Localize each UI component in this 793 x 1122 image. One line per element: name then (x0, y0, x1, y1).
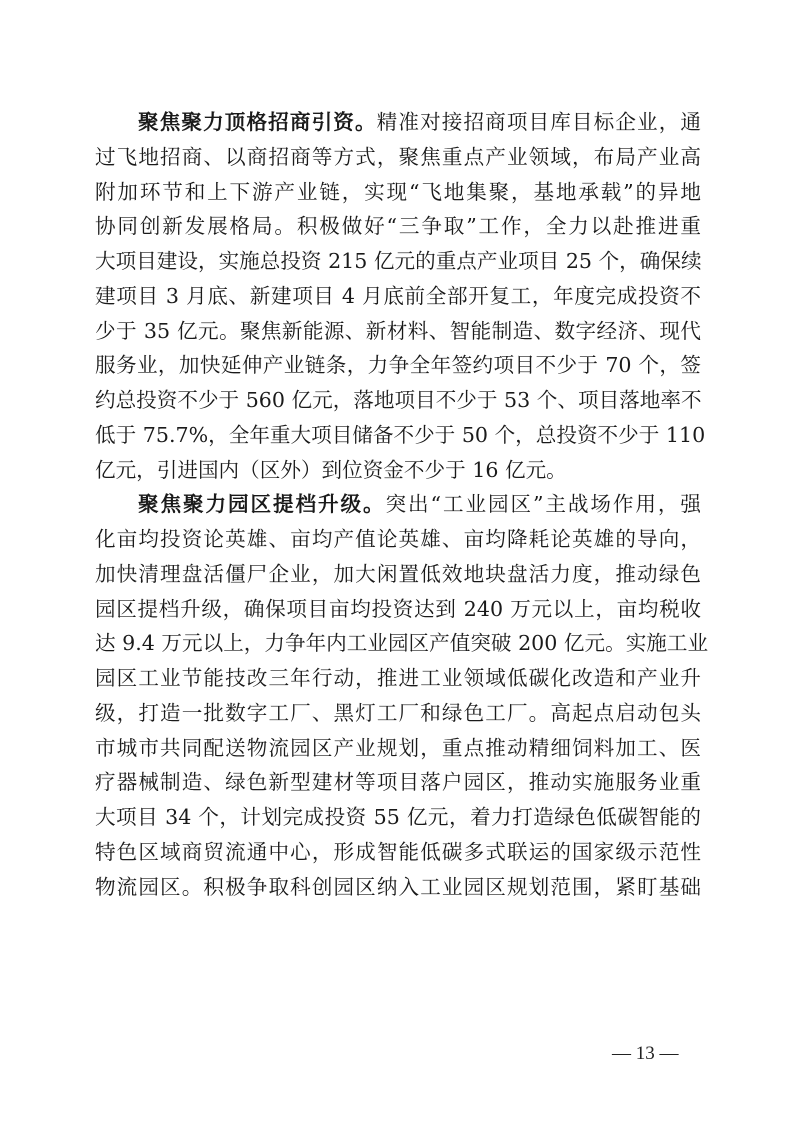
paragraph-1-heading: 聚焦聚力顶格招商引资。 (138, 110, 377, 134)
paragraph-2-line-1: 聚焦聚力园区提档升级。突出“工业园区”主战场作用，强 (95, 487, 701, 522)
text-line: 约总投资不少于 560 亿元，落地项目不少于 53 个、项目落地率不 (95, 383, 701, 418)
text-line: 大项目建设，实施总投资 215 亿元的重点产业项目 25 个，确保续 (95, 244, 701, 279)
page-number: — 13 — (612, 1043, 679, 1065)
paragraph-1-line-1: 聚焦聚力顶格招商引资。精准对接招商项目库目标企业，通 (95, 105, 701, 140)
text-line: 特色区域商贸流通中心，形成智能低碳多式联运的国家级示范性 (95, 835, 701, 870)
text-line: 过飞地招商、以商招商等方式，聚焦重点产业领域，布局产业高 (95, 140, 701, 175)
text-line: 亿元，引进国内（区外）到位资金不少于 16 亿元。 (95, 453, 701, 488)
text-line: 加快清理盘活僵尸企业，加大闲置低效地块盘活力度，推动绿色 (95, 557, 701, 592)
text-line: 建项目 3 月底、新建项目 4 月底前全部开复工，年度完成投资不 (95, 279, 701, 314)
text-line: 精准对接招商项目库目标企业，通 (377, 110, 701, 134)
text-line: 突出“工业园区”主战场作用，强 (386, 492, 701, 516)
text-line: 附加环节和上下游产业链，实现“飞地集聚，基地承载”的异地 (95, 175, 701, 210)
text-line: 市城市共同配送物流园区产业规划，重点推动精细饲料加工、医 (95, 731, 701, 766)
document-page: 聚焦聚力顶格招商引资。精准对接招商项目库目标企业，通 过飞地招商、以商招商等方式… (95, 105, 701, 904)
text-line: 疗器械制造、绿色新型建材等项目落户园区，推动实施服务业重 (95, 765, 701, 800)
text-line: 级，打造一批数字工厂、黑灯工厂和绿色工厂。高起点启动包头 (95, 696, 701, 731)
text-line: 低于 75.7%，全年重大项目储备不少于 50 个，总投资不少于 110 (95, 418, 701, 453)
text-line: 园区工业节能技改三年行动，推进工业领域低碳化改造和产业升 (95, 661, 701, 696)
text-line: 少于 35 亿元。聚焦新能源、新材料、智能制造、数字经济、现代 (95, 314, 701, 349)
text-line: 物流园区。积极争取科创园区纳入工业园区规划范围，紧盯基础 (95, 870, 701, 905)
text-line: 服务业，加快延伸产业链条，力争全年签约项目不少于 70 个，签 (95, 348, 701, 383)
text-line: 园区提档升级，确保项目亩均投资达到 240 万元以上，亩均税收 (95, 592, 701, 627)
text-line: 化亩均投资论英雄、亩均产值论英雄、亩均降耗论英雄的导向， (95, 522, 701, 557)
paragraph-2-heading: 聚焦聚力园区提档升级。 (138, 492, 386, 516)
text-line: 大项目 34 个，计划完成投资 55 亿元，着力打造绿色低碳智能的 (95, 800, 701, 835)
text-line: 协同创新发展格局。积极做好“三争取”工作，全力以赴推进重 (95, 209, 701, 244)
text-line: 达 9.4 万元以上，力争年内工业园区产值突破 200 亿元。实施工业 (95, 626, 701, 661)
